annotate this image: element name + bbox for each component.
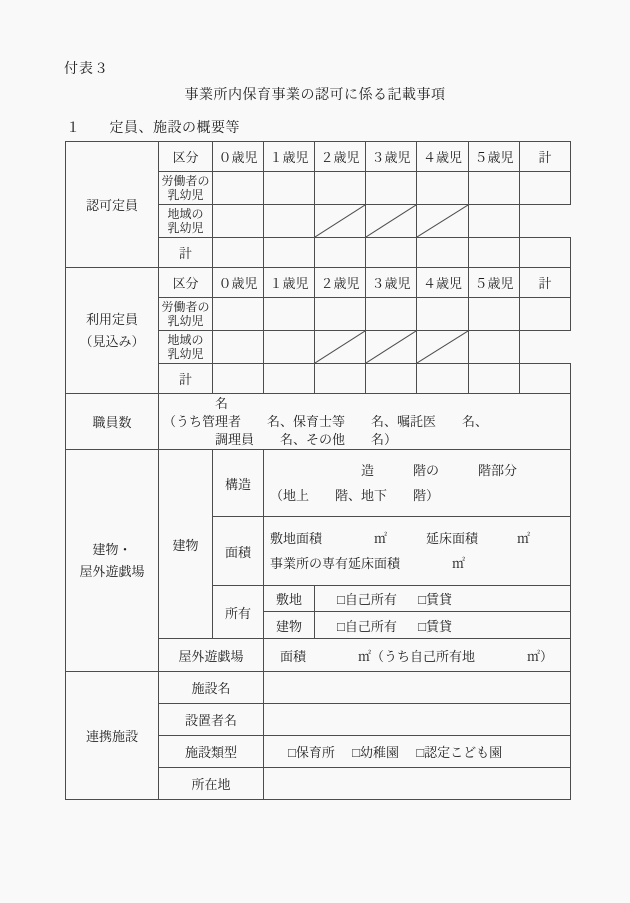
- structure-value: 造 階の 階部分 （地上 階、地下 階）: [264, 450, 571, 517]
- ownership-site-label: 敷地: [264, 586, 315, 612]
- capacity-value-cell: [520, 298, 571, 331]
- checkbox-icon: □: [288, 745, 296, 760]
- col-header-age1: １歳児: [264, 268, 315, 298]
- capacity-value-cell: [213, 298, 264, 331]
- col-header-kubun: 区分: [159, 142, 213, 172]
- capacity-value-cell: [264, 331, 315, 364]
- col-header-age4: ４歳児: [417, 268, 469, 298]
- diagonal-line-icon: [315, 331, 365, 363]
- checkbox-option: □自己所有: [337, 619, 397, 634]
- option-label: 幼稚園: [360, 745, 399, 760]
- page-title: 事業所内保育事業の認可に係る記載事項: [0, 84, 630, 104]
- col-header-age4: ４歳児: [417, 142, 469, 172]
- address-label: 所在地: [159, 768, 264, 800]
- col-header-age1: １歳児: [264, 142, 315, 172]
- col-header-age5: ５歳児: [469, 142, 520, 172]
- diagonal-line-icon: [366, 331, 416, 363]
- doc-label: 付表３: [64, 58, 109, 78]
- col-header-total: 計: [520, 142, 571, 172]
- checkbox-icon: □: [418, 619, 426, 634]
- capacity-value-cell: [469, 298, 520, 331]
- capacity-value-cell: [469, 172, 520, 205]
- option-label: 認定こども園: [424, 745, 502, 760]
- capacity-na-cell: [315, 331, 366, 364]
- checkbox-option: □賃貸: [418, 619, 452, 634]
- ownership-building-label: 建物: [264, 612, 315, 639]
- facility-type-label: 施設類型: [159, 736, 264, 768]
- ownership-label: 所有: [213, 586, 264, 639]
- option-label: 自己所有: [345, 592, 397, 607]
- area-value: 敷地面積 ㎡ 延床面積 ㎡ 事業所の専有延床面積 ㎡: [264, 517, 571, 586]
- facility-type-options: □保育所 □幼稚園 □認定こども園: [264, 736, 571, 768]
- checkbox-option: □自己所有: [337, 592, 397, 607]
- checkbox-icon: □: [352, 745, 360, 760]
- capacity-value-cell: [366, 364, 417, 394]
- capacity-value-cell: [264, 364, 315, 394]
- option-label: 賃貸: [426, 619, 452, 634]
- option-label: 賃貸: [426, 592, 452, 607]
- row-total-label: 計: [159, 364, 213, 394]
- checkbox-option: □賃貸: [418, 592, 452, 607]
- capacity-value-cell: [213, 238, 264, 268]
- col-header-age0: ０歳児: [213, 142, 264, 172]
- col-header-age0: ０歳児: [213, 268, 264, 298]
- capacity-na-cell: [366, 331, 417, 364]
- checkbox-option: □認定こども園: [416, 745, 502, 760]
- founder-name-value: [264, 704, 571, 736]
- capacity-value-cell: [315, 172, 366, 205]
- diagonal-line-icon: [366, 205, 416, 237]
- capacity-value-cell: [264, 238, 315, 268]
- capacity-value-cell: [366, 172, 417, 205]
- col-header-total: 計: [520, 268, 571, 298]
- ownership-building-options: □自己所有 □賃貸: [315, 612, 571, 639]
- diagonal-line-icon: [417, 205, 468, 237]
- col-header-age3: ３歳児: [366, 142, 417, 172]
- facility-name-value: [264, 672, 571, 704]
- capacity-value-cell: [213, 205, 264, 238]
- capacity-value-cell: [417, 298, 469, 331]
- checkbox-icon: □: [416, 745, 424, 760]
- capacity-value-cell: [213, 331, 264, 364]
- workers-infants-label: 労働者の 乳幼児: [159, 172, 213, 205]
- capacity-value-cell: [264, 205, 315, 238]
- checkbox-icon: □: [418, 592, 426, 607]
- community-infants-label: 地域の 乳幼児: [159, 205, 213, 238]
- playground-label: 屋外遊戯場: [159, 639, 264, 672]
- workers-infants-label: 労働者の 乳幼児: [159, 298, 213, 331]
- capacity-value-cell: [520, 238, 571, 268]
- capacity-na-cell: [417, 205, 469, 238]
- col-header-age3: ３歳児: [366, 268, 417, 298]
- structure-label: 構造: [213, 450, 264, 517]
- ownership-site-options: □自己所有 □賃貸: [315, 586, 571, 612]
- founder-name-label: 設置者名: [159, 704, 264, 736]
- diagonal-line-icon: [417, 331, 468, 363]
- checkbox-icon: □: [337, 619, 345, 634]
- row-total-label: 計: [159, 238, 213, 268]
- col-header-age5: ５歳児: [469, 268, 520, 298]
- checkbox-icon: □: [337, 592, 345, 607]
- capacity-value-cell: [264, 298, 315, 331]
- building-playground-label: 建物・ 屋外遊戯場: [66, 450, 159, 672]
- capacity-value-cell: [264, 172, 315, 205]
- section-heading: １ 定員、施設の概要等: [66, 117, 240, 137]
- col-header-age2: ２歳児: [315, 268, 366, 298]
- col-header-age2: ２歳児: [315, 142, 366, 172]
- capacity-value-cell: [469, 238, 520, 268]
- building-label: 建物: [159, 450, 213, 639]
- capacity-value-cell: [213, 172, 264, 205]
- capacity-value-cell: [417, 364, 469, 394]
- staff-count-label: 職員数: [66, 394, 159, 450]
- playground-area-value: 面積 ㎡（うち自己所有地 ㎡）: [264, 639, 571, 672]
- main-form-table: 認可定員 区分 ０歳児 １歳児 ２歳児 ３歳児 ４歳児 ５歳児 計 労働者の 乳…: [65, 141, 571, 800]
- option-label: 自己所有: [345, 619, 397, 634]
- capacity-value-cell: [315, 364, 366, 394]
- area-label: 面積: [213, 517, 264, 586]
- capacity-value-cell: [213, 364, 264, 394]
- capacity-value-cell: [315, 238, 366, 268]
- capacity-value-cell: [520, 364, 571, 394]
- capacity-value-cell: [469, 364, 520, 394]
- col-header-kubun: 区分: [159, 268, 213, 298]
- capacity-value-cell: [366, 238, 417, 268]
- capacity-na-cell: [417, 331, 469, 364]
- checkbox-option: □保育所: [288, 745, 335, 760]
- facility-name-label: 施設名: [159, 672, 264, 704]
- community-infants-label: 地域の 乳幼児: [159, 331, 213, 364]
- capacity-na-cell: [366, 205, 417, 238]
- capacity-value-cell: [417, 172, 469, 205]
- approved-capacity-label: 認可定員: [66, 142, 159, 268]
- planned-capacity-label: 利用定員 （見込み）: [66, 268, 159, 394]
- document-page: 付表３ 事業所内保育事業の認可に係る記載事項 １ 定員、施設の概要等 認可定員 …: [0, 0, 630, 903]
- staff-count-detail: 名 （うち管理者 名、保育士等 名、嘱託医 名、 調理員 名、その他 名）: [159, 394, 571, 450]
- capacity-value-cell: [366, 298, 417, 331]
- address-value: [264, 768, 571, 800]
- capacity-value-cell: [469, 205, 520, 238]
- checkbox-option: □幼稚園: [352, 745, 399, 760]
- diagonal-line-icon: [315, 205, 365, 237]
- capacity-na-cell: [315, 205, 366, 238]
- partner-facility-label: 連携施設: [66, 672, 159, 800]
- capacity-value-cell: [469, 331, 520, 364]
- capacity-value-cell: [520, 172, 571, 205]
- option-label: 保育所: [296, 745, 335, 760]
- capacity-value-cell: [417, 238, 469, 268]
- capacity-value-cell: [315, 298, 366, 331]
